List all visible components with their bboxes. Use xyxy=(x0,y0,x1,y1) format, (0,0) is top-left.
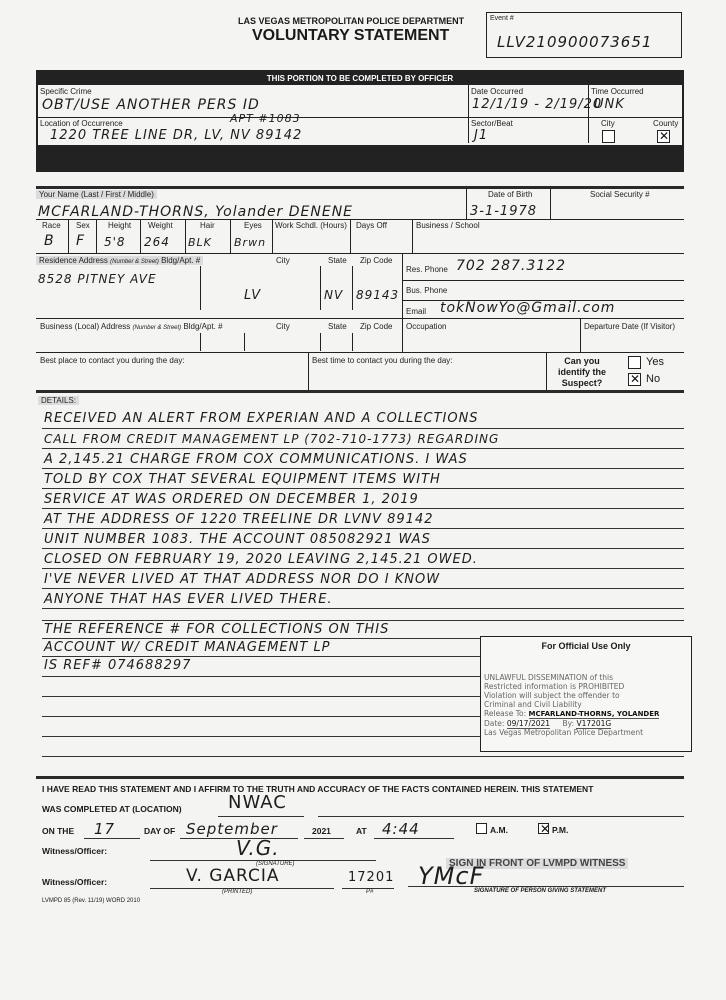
official-use-notice: UNLAWFUL DISSEMINATION of this Restricte… xyxy=(484,673,659,737)
residence-number-street-label: (Number & Street) xyxy=(110,259,159,265)
residence-label: Residence Address (Number & Street) Bldg… xyxy=(36,256,203,265)
date-occurred-value[interactable]: 12/1/19 - 2/19/20 xyxy=(472,97,602,112)
release-to-row: Release To: MCFARLAND-THORNS, YOLANDER xyxy=(484,709,659,719)
business-bldg-label: Bldg/Apt. # xyxy=(183,322,222,331)
business-state-label: State xyxy=(328,322,347,331)
residence-city-value[interactable]: LV xyxy=(244,288,261,303)
day-of-label: DAY OF xyxy=(144,826,175,836)
best-time-label: Best time to contact you during the day: xyxy=(312,356,453,365)
completed-at-location[interactable]: NWAC xyxy=(228,792,287,813)
release-date-label: Date: xyxy=(484,719,504,728)
details-line: RECEIVED AN ALERT FROM EXPERIAN AND A CO… xyxy=(44,411,479,426)
pm-label: P.M. xyxy=(552,825,568,835)
officer-banner-text: THIS PORTION TO BE COMPLETED BY OFFICER xyxy=(267,74,453,83)
height-label: Height xyxy=(108,221,131,230)
notice-line-3: Violation will subject the offender to xyxy=(484,691,659,700)
eyes-value[interactable]: Brwn xyxy=(234,236,266,249)
officer-banner: THIS PORTION TO BE COMPLETED BY OFFICER xyxy=(38,72,682,85)
hair-value[interactable]: BLK xyxy=(188,236,212,249)
business-number-street-label: (Number & Street) xyxy=(133,325,182,331)
release-date-row: Date: 09/17/2021 By: V17201G xyxy=(484,719,659,728)
details-line: CALL FROM CREDIT MANAGEMENT LP (702-710-… xyxy=(44,432,499,446)
res-phone-label: Res. Phone xyxy=(406,265,448,274)
specific-crime-value[interactable]: OBT/USE ANOTHER PERS ID xyxy=(42,97,260,113)
county-checkbox[interactable] xyxy=(657,130,670,143)
affirmation-statement: I HAVE READ THIS STATEMENT AND I AFFIRM … xyxy=(42,784,593,794)
am-label: A.M. xyxy=(490,825,508,835)
city-checkbox[interactable] xyxy=(602,130,615,143)
officer-footer-bar xyxy=(38,145,682,170)
identify-yes-checkbox[interactable] xyxy=(628,356,641,369)
hair-label: Hair xyxy=(200,221,215,230)
business-address-label-text: Business (Local) Address xyxy=(40,322,130,331)
location-label: Location of Occurrence xyxy=(40,119,123,128)
identify-no-label: No xyxy=(646,373,660,385)
official-use-box: For Official Use Only UNLAWFUL DISSEMINA… xyxy=(480,636,692,752)
residence-city-label: City xyxy=(276,256,290,265)
business-school-label: Business / School xyxy=(416,221,480,230)
department-name: LAS VEGAS METROPOLITAN POLICE DEPARTMENT xyxy=(238,16,464,26)
year-value[interactable]: 2021 xyxy=(312,826,331,836)
location-apt[interactable]: APT #1083 xyxy=(230,112,301,125)
race-value[interactable]: B xyxy=(44,233,55,249)
res-phone-value[interactable]: 702 287.3122 xyxy=(456,258,566,274)
sex-label: Sex xyxy=(76,221,90,230)
pm-checkbox[interactable] xyxy=(538,823,549,834)
name-label: Your Name (Last / First / Middle) xyxy=(36,190,157,199)
form-id: LVMPD 85 (Rev. 11/19) WORD 2010 xyxy=(42,898,140,904)
details-line: AT THE ADDRESS OF 1220 TREELINE DR LVNV … xyxy=(44,512,434,527)
identify-yes-label: Yes xyxy=(646,356,664,368)
witness-printed-name[interactable]: V. GARCIA xyxy=(186,866,280,886)
release-to-value: MCFARLAND-THORNS, YOLANDER xyxy=(529,710,660,719)
at-label: AT xyxy=(356,826,367,836)
event-number-value: LLV210900073651 xyxy=(497,33,652,51)
sector-beat-label: Sector/Beat xyxy=(471,119,513,128)
details-line: ANYONE THAT HAS EVER LIVED THERE. xyxy=(44,592,333,607)
residence-state-label: State xyxy=(328,256,347,265)
residence-state-value[interactable]: NV xyxy=(324,288,343,302)
dob-label: Date of Birth xyxy=(488,190,532,199)
specific-crime-label: Specific Crime xyxy=(40,87,92,96)
p-number-value[interactable]: 17201 xyxy=(348,870,394,885)
printed-caption: (PRINTED) xyxy=(222,889,252,895)
details-label: DETAILS: xyxy=(38,396,79,405)
witness-officer-label-2: Witness/Officer: xyxy=(42,877,107,887)
email-value[interactable]: tokNowYo@Gmail.com xyxy=(440,300,615,316)
county-label: County xyxy=(653,119,678,128)
witness-officer-label-1: Witness/Officer: xyxy=(42,846,107,856)
details-line: A 2,145.21 CHARGE FROM COX COMMUNICATION… xyxy=(44,452,468,467)
eyes-label: Eyes xyxy=(244,221,262,230)
sector-beat-value[interactable]: J1 xyxy=(474,128,488,143)
residence-street-value[interactable]: 8528 PITNEY AVE xyxy=(38,272,157,286)
details-line: I'VE NEVER LIVED AT THAT ADDRESS NOR DO … xyxy=(44,572,440,587)
location-value[interactable]: 1220 TREE LINE DR, LV, NV 89142 xyxy=(50,128,302,143)
city-label: City xyxy=(601,119,615,128)
details-line: SERVICE AT WAS ORDERED ON DECEMBER 1, 20… xyxy=(44,492,419,507)
business-address-label: Business (Local) Address (Number & Stree… xyxy=(40,322,223,331)
am-checkbox[interactable] xyxy=(476,823,487,834)
height-value[interactable]: 5'8 xyxy=(104,235,126,249)
time-value[interactable]: 4:44 xyxy=(382,820,420,838)
details-line: CLOSED ON FEBRUARY 19, 2020 LEAVING 2,14… xyxy=(44,552,478,567)
details-line: TOLD BY COX THAT SEVERAL EQUIPMENT ITEMS… xyxy=(44,472,441,487)
weight-label: Weight xyxy=(148,221,173,230)
work-schedule-label: Work Schdl. (Hours) xyxy=(275,221,347,230)
residence-zip-value[interactable]: 89143 xyxy=(356,288,399,302)
date-occurred-label: Date Occurred xyxy=(471,87,523,96)
details-line: ACCOUNT W/ CREDIT MANAGEMENT LP xyxy=(44,640,331,655)
identify-no-checkbox[interactable] xyxy=(628,373,641,386)
officer-section: THIS PORTION TO BE COMPLETED BY OFFICER … xyxy=(36,70,684,172)
dob-value[interactable]: 3-1-1978 xyxy=(470,204,537,219)
ssn-label: Social Security # xyxy=(590,190,650,199)
name-value[interactable]: MCFARLAND-THORNS, Yolander DENENE xyxy=(38,204,353,220)
best-place-label: Best place to contact you during the day… xyxy=(40,356,185,365)
bus-phone-label: Bus. Phone xyxy=(406,286,447,295)
occupation-label: Occupation xyxy=(406,322,446,331)
on-the-label: ON THE xyxy=(42,826,74,836)
business-zip-label: Zip Code xyxy=(360,322,392,331)
days-off-label: Days Off xyxy=(356,221,387,230)
notice-line-1: UNLAWFUL DISSEMINATION of this xyxy=(484,673,659,682)
release-by-label: By: xyxy=(562,719,574,728)
notice-line-4: Criminal and Civil Liability xyxy=(484,700,659,709)
residence-bldg-label: Bldg/Apt. # xyxy=(161,256,200,265)
residence-zip-label: Zip Code xyxy=(360,256,392,265)
time-occurred-label: Time Occurred xyxy=(591,87,644,96)
business-city-label: City xyxy=(276,322,290,331)
official-use-department: Las Vegas Metropolitan Police Department xyxy=(484,728,659,737)
identify-suspect-label: Can you identify the Suspect? xyxy=(552,356,612,389)
release-to-label: Release To: xyxy=(484,709,526,718)
sex-value[interactable]: F xyxy=(76,233,85,249)
statement-signature-caption: SIGNATURE OF PERSON GIVING STATEMENT xyxy=(474,888,606,894)
day-value[interactable]: 17 xyxy=(94,820,115,838)
page-title: VOLUNTARY STATEMENT xyxy=(252,27,449,45)
departure-date-label: Departure Date (If Visitor) xyxy=(584,322,675,331)
details-line: THE REFERENCE # FOR COLLECTIONS ON THIS xyxy=(44,622,389,637)
event-number-label: Event # xyxy=(490,15,514,22)
residence-label-text: Residence Address xyxy=(39,256,108,265)
notice-line-2: Restricted information is PROHIBITED xyxy=(484,682,659,691)
p-number-caption: P# xyxy=(366,889,373,895)
weight-value[interactable]: 264 xyxy=(144,235,170,249)
details-line: IS REF# 074688297 xyxy=(44,658,191,673)
official-use-title: For Official Use Only xyxy=(481,641,691,651)
event-number-box: Event # LLV210900073651 xyxy=(486,12,682,58)
details-line: UNIT NUMBER 1083. THE ACCOUNT 085082921 … xyxy=(44,532,431,547)
witness-signature[interactable]: V.G. xyxy=(236,836,280,860)
race-label: Race xyxy=(42,221,61,230)
email-label: Email xyxy=(406,307,426,316)
completed-at-label: WAS COMPLETED AT (LOCATION) xyxy=(42,804,182,814)
time-occurred-value[interactable]: UNK xyxy=(594,97,625,112)
